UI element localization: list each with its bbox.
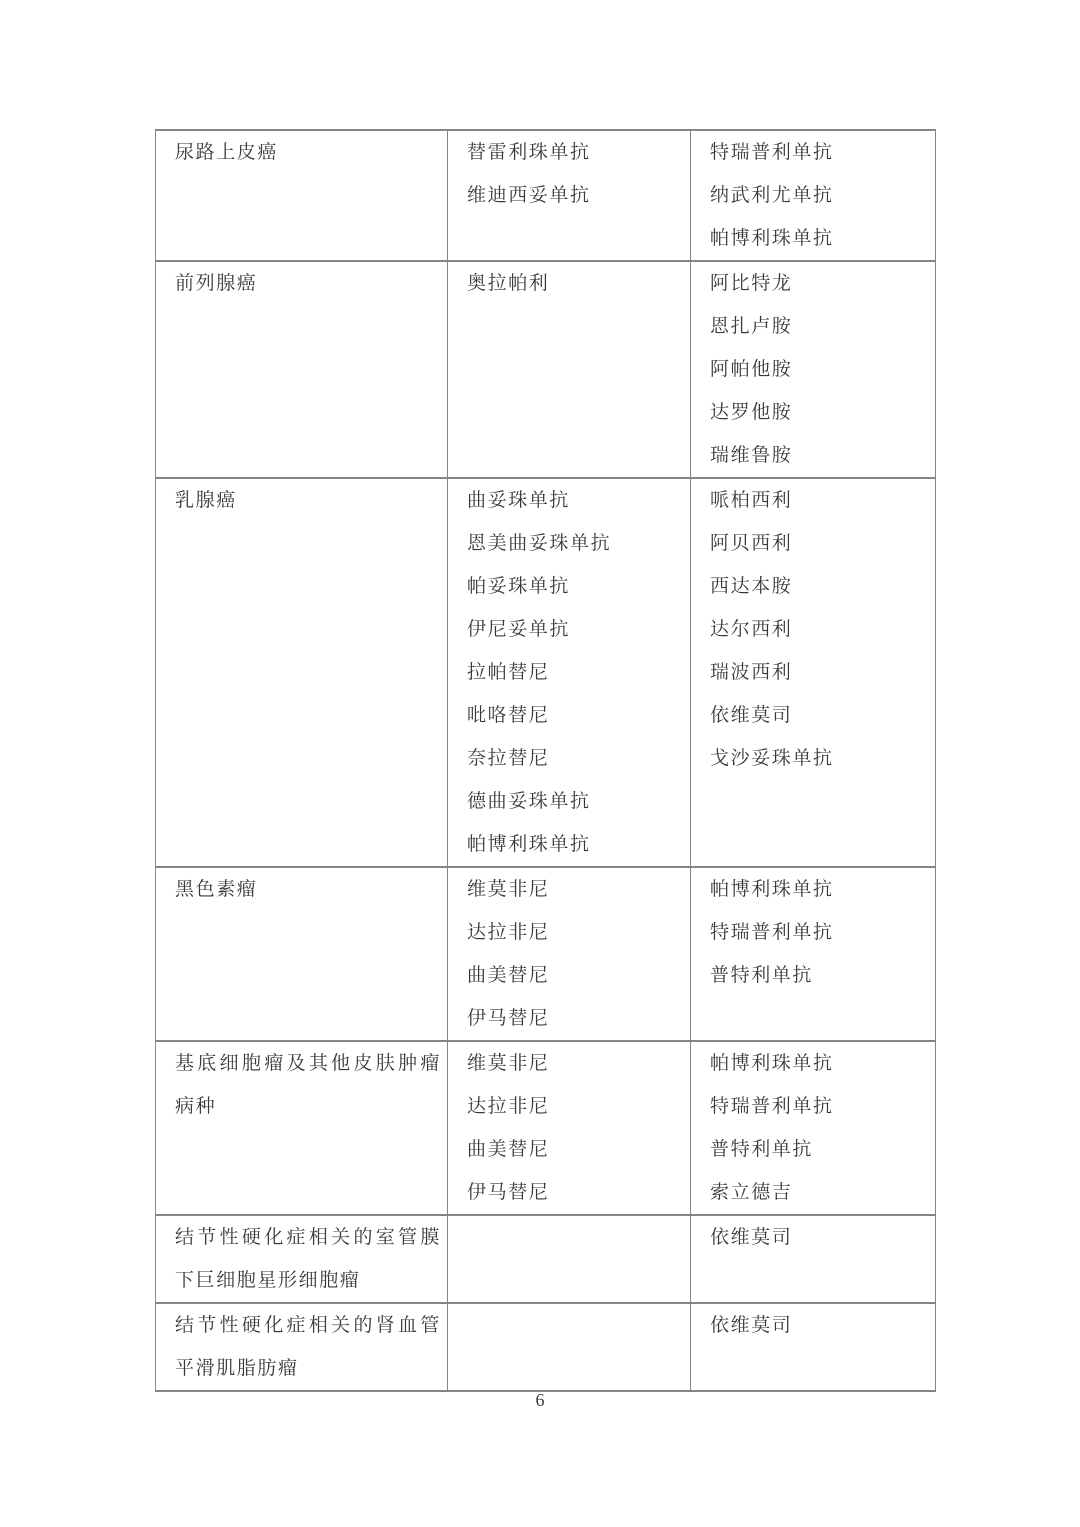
document-page: 尿路上皮癌替雷利珠单抗维迪西妥单抗特瑞普利单抗纳武利尤单抗帕博利珠单抗前列腺癌奥… [0,0,1080,1527]
disease-name: 尿路上皮癌 [175,131,441,174]
drug-list-cell-col3: 帕博利珠单抗特瑞普利单抗普特利单抗索立德吉 [691,1041,936,1215]
disease-cell: 尿路上皮癌 [156,130,448,261]
drug-list-cell-col2: 维莫非尼达拉非尼曲美替尼伊马替尼 [448,867,691,1041]
drug-name: 依维莫司 [710,694,929,737]
drug-list-cell-col2 [448,1303,691,1391]
drug-name: 维莫非尼 [467,868,684,911]
table-row: 基底细胞瘤及其他皮肤肿瘤病种维莫非尼达拉非尼曲美替尼伊马替尼帕博利珠单抗特瑞普利… [156,1041,936,1215]
drug-name: 达拉非尼 [467,1085,684,1128]
drug-name: 依维莫司 [710,1216,929,1259]
disease-name: 前列腺癌 [175,262,441,305]
drug-name: 维莫非尼 [467,1042,684,1085]
drug-name: 纳武利尤单抗 [710,174,929,217]
disease-cell: 乳腺癌 [156,478,448,867]
page-number: 6 [0,1390,1080,1411]
drug-name: 曲美替尼 [467,954,684,997]
drug-name: 瑞维鲁胺 [710,434,929,477]
drug-name: 依维莫司 [710,1304,929,1347]
drug-name: 伊马替尼 [467,1171,684,1214]
disease-name: 乳腺癌 [175,479,441,522]
drug-name: 瑞波西利 [710,651,929,694]
drug-name: 特瑞普利单抗 [710,911,929,954]
disease-cell: 前列腺癌 [156,261,448,478]
drug-name: 帕博利珠单抗 [710,1042,929,1085]
drug-name: 普特利单抗 [710,1128,929,1171]
drug-name: 帕妥珠单抗 [467,565,684,608]
drug-list-cell-col2: 曲妥珠单抗恩美曲妥珠单抗帕妥珠单抗伊尼妥单抗拉帕替尼吡咯替尼奈拉替尼德曲妥珠单抗… [448,478,691,867]
disease-name: 基底细胞瘤及其他皮肤肿瘤病种 [175,1042,441,1128]
drug-name: 奥拉帕利 [467,262,684,305]
drug-name: 拉帕替尼 [467,651,684,694]
drug-name: 帕博利珠单抗 [467,823,684,866]
drug-name: 阿比特龙 [710,262,929,305]
drug-name: 普特利单抗 [710,954,929,997]
drug-name: 替雷利珠单抗 [467,131,684,174]
drug-name: 特瑞普利单抗 [710,1085,929,1128]
table-row: 乳腺癌曲妥珠单抗恩美曲妥珠单抗帕妥珠单抗伊尼妥单抗拉帕替尼吡咯替尼奈拉替尼德曲妥… [156,478,936,867]
drug-name: 帕博利珠单抗 [710,217,929,260]
drug-list-cell-col3: 哌柏西利阿贝西利西达本胺达尔西利瑞波西利依维莫司戈沙妥珠单抗 [691,478,936,867]
drug-table: 尿路上皮癌替雷利珠单抗维迪西妥单抗特瑞普利单抗纳武利尤单抗帕博利珠单抗前列腺癌奥… [155,129,936,1392]
table-row: 尿路上皮癌替雷利珠单抗维迪西妥单抗特瑞普利单抗纳武利尤单抗帕博利珠单抗 [156,130,936,261]
drug-list-cell-col3: 特瑞普利单抗纳武利尤单抗帕博利珠单抗 [691,130,936,261]
drug-name: 达罗他胺 [710,391,929,434]
drug-name: 奈拉替尼 [467,737,684,780]
drug-name: 哌柏西利 [710,479,929,522]
drug-name: 西达本胺 [710,565,929,608]
drug-list-cell-col3: 依维莫司 [691,1215,936,1303]
table-row: 黑色素瘤维莫非尼达拉非尼曲美替尼伊马替尼帕博利珠单抗特瑞普利单抗普特利单抗 [156,867,936,1041]
table-row: 结节性硬化症相关的室管膜下巨细胞星形细胞瘤依维莫司 [156,1215,936,1303]
drug-name: 曲妥珠单抗 [467,479,684,522]
drug-name: 伊马替尼 [467,997,684,1040]
drug-name: 阿贝西利 [710,522,929,565]
table-row: 前列腺癌奥拉帕利阿比特龙恩扎卢胺阿帕他胺达罗他胺瑞维鲁胺 [156,261,936,478]
drug-name: 伊尼妥单抗 [467,608,684,651]
drug-list-cell-col2: 奥拉帕利 [448,261,691,478]
drug-name: 达尔西利 [710,608,929,651]
drug-name: 戈沙妥珠单抗 [710,737,929,780]
drug-name: 德曲妥珠单抗 [467,780,684,823]
drug-name: 恩扎卢胺 [710,305,929,348]
drug-name: 曲美替尼 [467,1128,684,1171]
drug-name: 维迪西妥单抗 [467,174,684,217]
drug-list-cell-col2: 替雷利珠单抗维迪西妥单抗 [448,130,691,261]
drug-table-body: 尿路上皮癌替雷利珠单抗维迪西妥单抗特瑞普利单抗纳武利尤单抗帕博利珠单抗前列腺癌奥… [156,130,936,1391]
disease-cell: 结节性硬化症相关的室管膜下巨细胞星形细胞瘤 [156,1215,448,1303]
disease-cell: 基底细胞瘤及其他皮肤肿瘤病种 [156,1041,448,1215]
disease-name: 黑色素瘤 [175,868,441,911]
drug-name: 特瑞普利单抗 [710,131,929,174]
drug-name: 吡咯替尼 [467,694,684,737]
disease-name: 结节性硬化症相关的肾血管平滑肌脂肪瘤 [175,1304,441,1390]
drug-list-cell-col3: 帕博利珠单抗特瑞普利单抗普特利单抗 [691,867,936,1041]
disease-cell: 结节性硬化症相关的肾血管平滑肌脂肪瘤 [156,1303,448,1391]
drug-name: 帕博利珠单抗 [710,868,929,911]
drug-list-cell-col3: 依维莫司 [691,1303,936,1391]
drug-name: 阿帕他胺 [710,348,929,391]
disease-cell: 黑色素瘤 [156,867,448,1041]
drug-name: 索立德吉 [710,1171,929,1214]
disease-name: 结节性硬化症相关的室管膜下巨细胞星形细胞瘤 [175,1216,441,1302]
drug-list-cell-col2: 维莫非尼达拉非尼曲美替尼伊马替尼 [448,1041,691,1215]
drug-name: 达拉非尼 [467,911,684,954]
drug-list-cell-col3: 阿比特龙恩扎卢胺阿帕他胺达罗他胺瑞维鲁胺 [691,261,936,478]
drug-name: 恩美曲妥珠单抗 [467,522,684,565]
table-row: 结节性硬化症相关的肾血管平滑肌脂肪瘤依维莫司 [156,1303,936,1391]
drug-list-cell-col2 [448,1215,691,1303]
